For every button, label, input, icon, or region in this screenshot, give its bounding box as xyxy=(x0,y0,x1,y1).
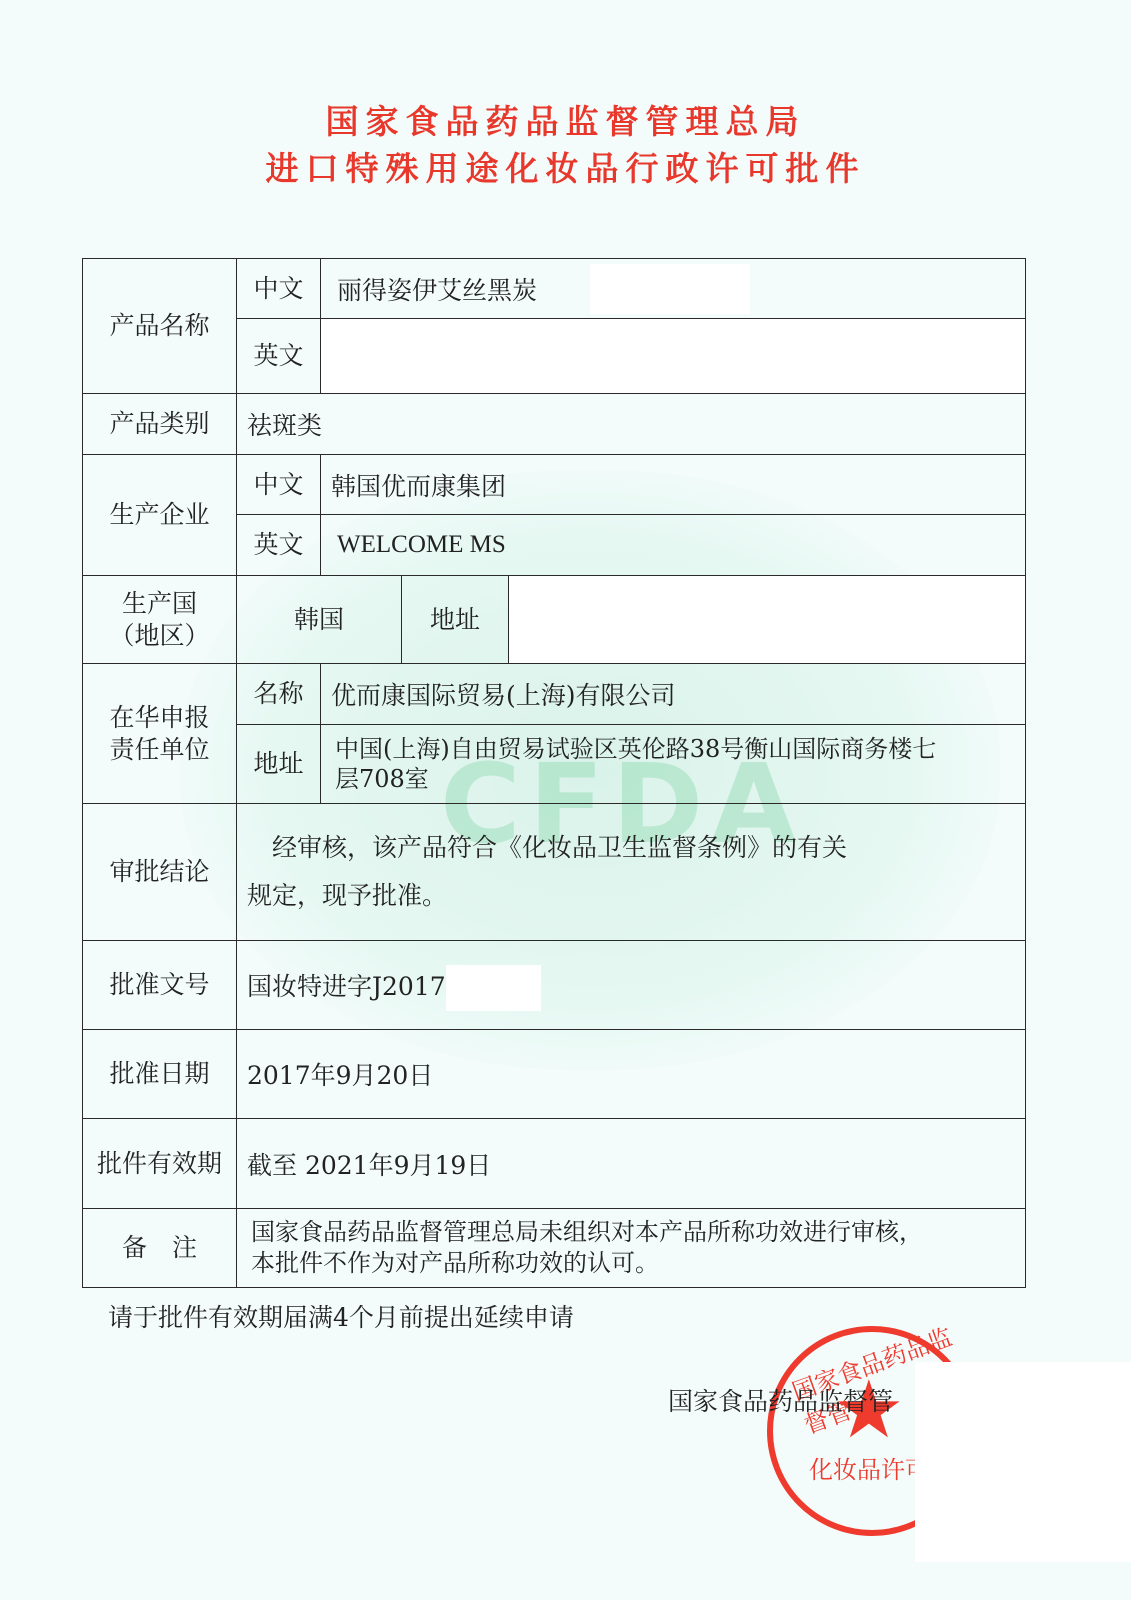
address-line1: 中国(上海)自由贸易试验区英伦路38号衡山国际商务楼七 xyxy=(335,734,936,764)
country-address-value xyxy=(508,575,1026,664)
product-name-label: 产品名称 xyxy=(82,258,237,394)
remarks-value: 国家食品药品监督管理总局未组织对本产品所称功效进行审核， 本批件不作为对产品所称… xyxy=(236,1208,1026,1288)
responsible-unit-name-label: 名称 xyxy=(236,663,321,725)
approval-number-value: 国妆特进字J2017 xyxy=(236,940,1026,1030)
remarks-label: 备 注 xyxy=(82,1208,237,1288)
responsible-unit-label-line2: 责任单位 xyxy=(109,734,209,766)
category-value: 祛斑类 xyxy=(236,393,1026,455)
remarks-line2: 本批件不作为对产品所称功效的认可。 xyxy=(251,1248,659,1279)
validity-value: 截至 2021年9月19日 xyxy=(236,1118,1026,1209)
manufacturer-en-label: 英文 xyxy=(236,514,321,576)
country-label-line1: 生产国 xyxy=(122,588,197,620)
manufacturer-cn-label: 中文 xyxy=(236,454,321,515)
manufacturer-cn-value: 韩国优而康集团 xyxy=(320,454,1026,515)
country-label: 生产国 （地区） xyxy=(82,575,237,664)
responsible-unit-label-line1: 在华申报 xyxy=(109,702,209,734)
country-address-label: 地址 xyxy=(401,575,509,664)
responsible-unit-address-value: 中国(上海)自由贸易试验区英伦路38号衡山国际商务楼七 层708室 xyxy=(320,724,1026,804)
country-label-line2: （地区） xyxy=(109,620,209,652)
approval-date-value: 2017年9月20日 xyxy=(236,1029,1026,1119)
country-value: 韩国 xyxy=(236,575,402,664)
conclusion-label: 审批结论 xyxy=(82,803,237,941)
conclusion-line2: 规定，现予批准。 xyxy=(247,872,447,920)
manufacturer-en-value: WELCOME MS xyxy=(320,514,1026,576)
responsible-unit-label: 在华申报 责任单位 xyxy=(82,663,237,804)
redaction-box xyxy=(446,965,541,1011)
approval-date-label: 批准日期 xyxy=(82,1029,237,1119)
responsible-unit-address-label: 地址 xyxy=(236,724,321,804)
manufacturer-label: 生产企业 xyxy=(82,454,237,576)
category-label: 产品类别 xyxy=(82,393,237,455)
renewal-note: 请于批件有效期届满4个月前提出延续申请 xyxy=(108,1298,574,1334)
validity-label: 批件有效期 xyxy=(82,1118,237,1209)
address-line2: 层708室 xyxy=(335,764,429,794)
redaction-box xyxy=(915,1362,1131,1562)
approval-number-label: 批准文号 xyxy=(82,940,237,1030)
conclusion-line1: 经审核，该产品符合《化妆品卫生监督条例》的有关 xyxy=(247,824,847,872)
responsible-unit-name-value: 优而康国际贸易(上海)有限公司 xyxy=(320,663,1026,725)
conclusion-value: 经审核，该产品符合《化妆品卫生监督条例》的有关 规定，现予批准。 xyxy=(236,803,1026,941)
remarks-line1: 国家食品药品监督管理总局未组织对本产品所称功效进行审核， xyxy=(251,1217,923,1248)
document-title-agency: 国家食品药品监督管理总局 xyxy=(0,96,1131,143)
issuer-signature: 国家食品药品监督管 xyxy=(668,1382,893,1418)
product-name-en-value xyxy=(320,318,1026,394)
redaction-box xyxy=(590,264,750,314)
permit-table: 产品名称 中文 丽得姿伊艾丝黑炭 英文 产品类别 祛斑类 生产企业 中文 韩国优… xyxy=(82,258,1026,1288)
document-title-permit: 进口特殊用途化妆品行政许可批件 xyxy=(0,143,1131,190)
product-name-cn-label: 中文 xyxy=(236,258,321,319)
product-name-en-label: 英文 xyxy=(236,318,321,394)
